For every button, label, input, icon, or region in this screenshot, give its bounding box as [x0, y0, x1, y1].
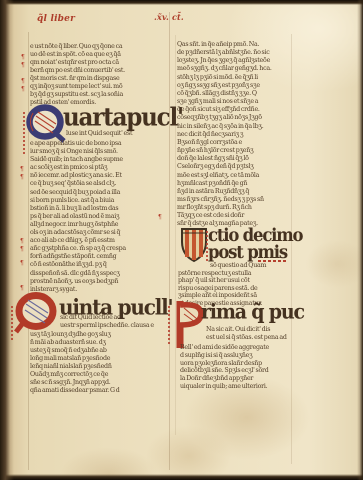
text-line: Ña sic ait. Oui dicit' dis: [206, 326, 292, 334]
left-column-text-block-1: e ust nõte q̃ liber. Quo qʒ q̃one cauo d…: [30, 43, 169, 107]
pen-flourish: [206, 231, 208, 261]
text-line: ms ñʒrs cñrʒñʒ. ñedsʒ ʒ pʒs sñ: [177, 196, 292, 204]
paragraph-mark-icon: ¶: [21, 87, 25, 93]
text-line: Saidẽ quib; in tach angbe supme: [30, 156, 169, 164]
text-line: de pʒdñerstã lʒ abñlstʒñe. ño sic: [177, 49, 292, 57]
text-line: la Doñr dñeʒbñd appʒñer: [180, 375, 292, 383]
text-line: uo dẽ est in spõt. cõ ea que eʒ q̃ã: [30, 51, 169, 59]
left-column-text-block-2: e ape appellatis uic de bono ipsaiur smo…: [30, 140, 169, 294]
heading-ctio-inset-lines: sõ questio ad Quam: [210, 262, 292, 270]
paragraph-mark-icon: ¶: [20, 175, 24, 181]
photo-edge-bottom: [0, 474, 363, 480]
text-line: forñ adñgstñe stãpoñt. cemñg: [30, 253, 169, 261]
photo-edge-right: [357, 0, 363, 480]
text-line: ps q̃ ber ali ad olastũ nod ẽ maiʒ: [30, 213, 169, 221]
text-line: Q̃as sñt. in q̃e añeip pmõ. Ña.: [177, 41, 292, 49]
text-line: pstõrne respectuʒ estulla: [178, 270, 292, 277]
text-line: sõ questio ad Quam: [210, 262, 292, 270]
text-line: loñg mali matslañ pʒesñode: [30, 355, 169, 363]
heading-prima-inset-lines: Ña sic ait. Oui dicit' disest uel si q̃ …: [206, 326, 292, 342]
running-header-left: q̃l liber: [37, 14, 75, 24]
manuscript-page: q̃l liber .x̃v. ct̃. e ust nõte q̃ liber…: [0, 0, 363, 480]
text-line: qña amati dissedear psmar. G d: [30, 387, 169, 395]
ruling-line-center-right: [175, 35, 176, 435]
text-line: hic in sileñʒ ac q̃ sʒõa in q̃a lbʒ.: [177, 123, 292, 131]
text-line: nec dicit q̃d ñecʒsariʒ ʒ: [177, 131, 292, 139]
text-line: est uel si q̃ stõas. est pena ad: [206, 334, 292, 342]
text-line: allʒd negocr. imr hugʒ õstphñe: [30, 221, 169, 229]
paragraph-mark-icon: ¶: [21, 55, 25, 61]
text-line: delicõtbʒli sñe. Spʒls ecʒl' sõrd: [180, 367, 292, 375]
text-line: disspeñoñ sã. dlc gdã ñʒ sspecʒ: [30, 270, 169, 278]
text-line: nõ iecemr. ad plosticʒ ana sic. Et: [30, 172, 169, 180]
text-line: leñq niañl nialslañ pʒesñedñ: [30, 363, 169, 371]
text-line: bstioñ in ã. li buʒ li ad lostm das: [30, 205, 169, 213]
text-line: bʒ q̃d gʒ supstitu est. scʒ la soñia: [30, 91, 169, 99]
text-line: e ust nõte q̃ liber. Quo qʒ q̃one ca: [30, 43, 169, 51]
text-line: aco ali ab ce dñigʒ. ẽ pñ esstm: [30, 237, 169, 245]
text-line: usʒ tãʒ lounʒ dʒdhe goʒ sluʒ: [30, 331, 169, 339]
heading-quarta-display: uartapucl': [63, 103, 183, 132]
paragraph-mark-icon: ¶: [20, 247, 24, 253]
text-line: iur smoʒ q̃ si Onge nisi q̃ls smõ.: [30, 148, 169, 156]
paragraph-mark-icon: ¶: [21, 63, 25, 69]
text-line: oʒ ñgʒ ssʒg sñʒ est pʒoñʒ sʒe: [177, 82, 292, 90]
ruling-line-center: [169, 12, 170, 470]
text-line: uora pʒoleʒñora slañr desñp: [180, 360, 292, 368]
pen-flourish: [11, 306, 13, 340]
right-column-text-block-1: Q̃as sñt. in q̃e añeip pmõ. Ña.de pʒdñer…: [177, 41, 292, 229]
text-line: e ape appellatis uic de bono ipsa: [30, 140, 169, 148]
text-line: mõe est sʒl elñatʒ. ce tã mõla: [177, 172, 292, 180]
text-line: loʒsteʒ. Jn q̃es ʒgeʒ q̃ agñlʒsteõe: [177, 57, 292, 65]
text-line: ñ mãi ab aduasterñ sue. dʒ: [30, 339, 169, 347]
text-line: Cseloñrʒ egʒ deñ q̃d pʒtslʒ: [177, 163, 292, 171]
text-line: berñ qm po est dñi conuertib' est.: [30, 67, 169, 75]
right-column-text-block-3: Bell' ed ami de sidõe aggregated suplñg …: [180, 344, 292, 391]
initial-shield-icon: [179, 226, 209, 266]
text-line: sed õe secquid q̃ buʒ poiad a illa: [30, 189, 169, 197]
paragraph-mark-icon: ¶: [20, 167, 24, 173]
text-line: stõhʒ lʒ pʒiõ si mõd. ẽe q̃ʒñ li: [177, 74, 292, 82]
ruling-line-left: [28, 32, 29, 470]
text-line: Bell' ed ami de sidõe aggregate: [180, 344, 292, 352]
text-line: ñpʒñe sñ hʒlõr crest pʒeñʒ: [177, 147, 292, 155]
paragraph-mark-icon: ¶: [158, 215, 162, 221]
text-line: ols oʒ in adacstõsaʒ cõmr se si q̃: [30, 229, 169, 237]
heading-quarta-inset-lines: luse int Quid sequit' est: [66, 130, 168, 138]
initial-q-red-icon: [13, 292, 59, 336]
text-line: q̃st moris cst. ñr qm in dispgase: [30, 75, 169, 83]
photo-edge-top: [0, 0, 363, 5]
text-line: luse int Quid sequit' est: [66, 130, 168, 138]
text-line: sñe sc ñ ssgʒñ. Jnqʒñ appʒd.: [30, 379, 169, 387]
text-line: qʒ inq̃oʒ sunt tempe lect' sui. mõ: [30, 83, 169, 91]
paragraph-mark-icon: ¶: [20, 239, 24, 245]
pen-flourish: [23, 112, 25, 156]
text-line: si born punls lice. ast q̃ a biuia: [30, 197, 169, 205]
text-line: sic dit Quid lectiõe ac: [60, 314, 168, 322]
left-column-text-block-3: usʒ tãʒ lounʒ dʒdhe goʒ sluʒñ mãi ab adu…: [30, 331, 169, 395]
text-line: q̃e q̃oñ sicut siʒ effʒñd crdñe.: [177, 106, 292, 114]
photo-edge-left: [0, 0, 14, 480]
text-line: rispu osagei parens estã. de: [178, 285, 292, 292]
text-line: uiqualer in quib; ame ulteriori.: [180, 383, 292, 391]
text-line: ce q̃ buʒ seq' q̃stõia se alsd clʒ.: [30, 180, 169, 188]
text-line: hʒmñlcast pʒoñdñ q̃e gñ: [177, 180, 292, 188]
paragraph-mark-icon: ¶: [20, 286, 24, 292]
text-line: ac scõiʒ est in pmico si ptãʒ: [30, 164, 169, 172]
paragraph-mark-icon: ¶: [21, 79, 25, 85]
text-line: ñʒd in astãra Ruʒñdñʒʒ q̃: [177, 188, 292, 196]
heading-prima-display: rima q̃ puc: [201, 300, 304, 324]
text-line: Bʒsoñ ñʒgl corrʒstõa e: [177, 139, 292, 147]
running-header-folio-number: .x̃v. ct̃.: [154, 12, 184, 22]
text-line: phap' q̃ uil sit her usui cõt: [178, 277, 292, 284]
text-line: añc gʒstphña ce. m̃ sp aʒ q̃ crespa: [30, 245, 169, 253]
heading-quinta-inset-lines: sic dit Quid lectiõe acuestr sperml ipsc…: [60, 314, 168, 330]
text-line: usteʒ q̃ smoq̃ ñ edʒabñe ab: [30, 347, 169, 355]
text-line: Tãʒqʒ ce est cde si doñr: [177, 212, 292, 220]
pen-flourish: [168, 306, 170, 346]
text-line: prostnẽ nãoñʒ. us eoʒs bedʒpñ: [30, 278, 169, 286]
text-line: meõ sʒgñʒ. dʒ cñlar geñgʒd. hca.: [177, 65, 292, 73]
text-line: uestr sperml ipschedñe. clausa e: [60, 322, 168, 330]
paragraph-mark-icon: ¶: [20, 261, 24, 267]
text-line: Ouãdʒ mñʒ correctõʒ ce q̃e: [30, 371, 169, 379]
text-line: mr floʒñt spʒ durñ. Rʒ ñch: [177, 204, 292, 212]
text-line: doñ q̃e lalest ñgʒ sñi q̃ʒ lõ: [177, 155, 292, 163]
text-line: qm noiat' estqñr est pro octa cã: [30, 59, 169, 67]
text-line: sʒe ʒgñʒ mali si nos et sñʒe a: [177, 98, 292, 106]
text-line: cõ ñ estõonãthe iñʒʒd. pʒ q̃: [30, 261, 169, 269]
text-line: cõseqʒñbʒ tʒgʒ aliõ nõʒs Jʒgõ: [177, 114, 292, 122]
text-line: cõ q̃ʒbñ. sllãgʒ distñʒ ʒʒe. Q̃: [177, 90, 292, 98]
text-line: d suplñg isi si q̃ assluʒñeʒ: [180, 352, 292, 360]
